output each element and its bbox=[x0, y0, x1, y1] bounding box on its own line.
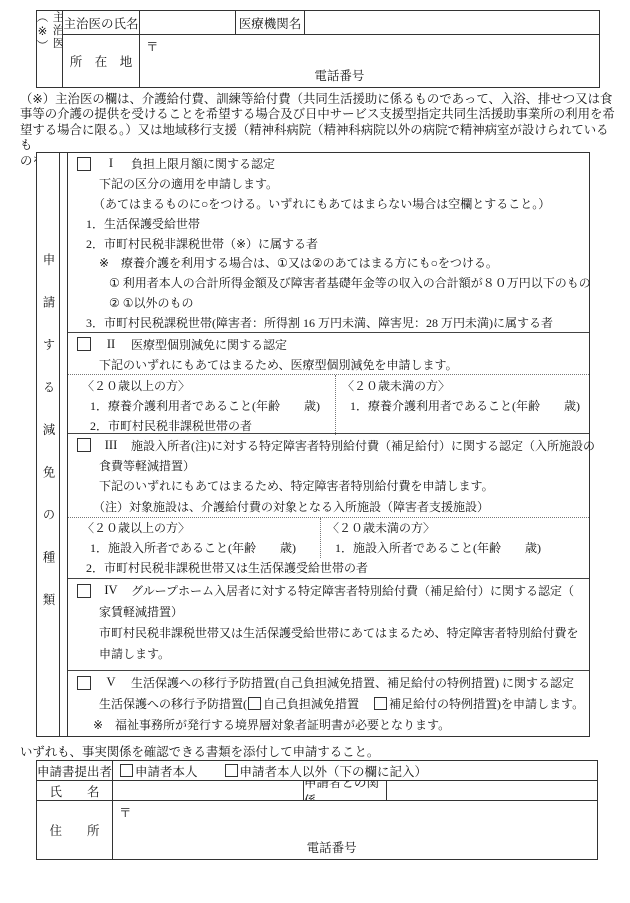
column-heading: 〈２０歳未満の方〉 bbox=[321, 518, 589, 538]
doctor-address-input[interactable]: 〒 電話番号 bbox=[140, 34, 599, 87]
form-line: 下記のいずれにもあてはまるため、医療型個別減免を申請します。 bbox=[68, 354, 589, 374]
doctor-name-input[interactable] bbox=[140, 11, 236, 34]
attachment-note: いずれも、事実関係を確認できる書類を添付して申請すること。 bbox=[20, 742, 379, 760]
section-4-numeral: IV bbox=[91, 583, 131, 598]
section-2: II 医療型個別減免に関する認定 下記のいずれにもあてはまるため、医療型個別減免… bbox=[68, 332, 589, 433]
postal-mark: 〒 bbox=[146, 37, 159, 55]
section-2-title: 医療型個別減免に関する認定 bbox=[131, 336, 287, 353]
age-under-20-column: 〈２０歳未満の方〉 1．療養介護利用者であること(年齢 歳) bbox=[336, 375, 589, 435]
form-line: 家賃軽減措置） bbox=[68, 601, 589, 622]
doctor-vertical-label: 主治医（※） bbox=[37, 11, 63, 87]
doctor-name-label: 主治医の氏名 bbox=[63, 11, 140, 34]
form-line: （注）対象施設は、介護給付費の対象となる入所施設（障害者支援施設） bbox=[68, 496, 589, 516]
form-text: )を申請します。 bbox=[497, 695, 584, 712]
form-text: 生活保護への移行予防措置( bbox=[99, 695, 247, 712]
self-burden-reduction-checkbox[interactable] bbox=[248, 697, 261, 710]
form-line: 1．療養介護利用者であること(年齢 歳) bbox=[68, 395, 335, 415]
form-line: 1．生活保護受給世帯 bbox=[68, 213, 589, 233]
submitter-options: 申請者本人 申請者本人以外（下の欄に記入） bbox=[113, 761, 597, 780]
section-4-title: グループホーム入居者に対する特定障害者特別給付費（補足給付）に関する認定（ bbox=[131, 582, 574, 599]
form-line: 申請します。 bbox=[68, 643, 589, 664]
section-4-checkbox[interactable] bbox=[77, 584, 91, 598]
form-line: 生活保護への移行予防措置(自己負担減免措置補足給付の特例措置)を申請します。 bbox=[68, 693, 589, 714]
section-1: I 負担上限月額に関する認定 下記の区分の適用を申請します。 （あてはまるものに… bbox=[68, 153, 589, 332]
form-line: 下記のいずれにもあてはまるため、特定障害者特別給付費を申請します。 bbox=[68, 476, 589, 496]
form-line: 1．施設入所者であること(年齢 歳) bbox=[321, 538, 589, 558]
section-3-checkbox[interactable] bbox=[77, 438, 91, 452]
medical-facility-label: 医療機関名 bbox=[236, 11, 305, 34]
doctor-address-label: 所 在 地 bbox=[63, 34, 140, 87]
form-text: 補足給付の特例措置 bbox=[389, 695, 497, 712]
applicant-address-input[interactable]: 〒 電話番号 bbox=[113, 800, 597, 859]
section-5: V 生活保護への移行予防措置(自己負担減免措置、補足給付の特例措置) に関する認… bbox=[68, 670, 589, 736]
medical-facility-input[interactable] bbox=[305, 11, 599, 34]
section-2-checkbox[interactable] bbox=[77, 337, 91, 351]
form-line: 3．市町村民税課税世帯(障害者：所得割 16 万円未満、障害児：28 万円未満)… bbox=[68, 312, 589, 332]
section-5-checkbox[interactable] bbox=[77, 676, 91, 690]
applicant-name-input[interactable] bbox=[113, 780, 304, 800]
reduction-type-table: 申請する減免の種類 I 負担上限月額に関する認定 下記の区分の適用を申請します。… bbox=[36, 152, 590, 737]
form-text: 自己負担減免措置 bbox=[263, 695, 359, 712]
age-over-20-column: 〈２０歳以上の方〉 1．療養介護利用者であること(年齢 歳) 2．市町村民税非課… bbox=[68, 375, 336, 435]
age-under-20-column: 〈２０歳未満の方〉 1．施設入所者であること(年齢 歳) bbox=[321, 518, 589, 558]
form-line: ② ①以外のもの bbox=[68, 293, 589, 313]
attending-doctor-table: 主治医（※） 主治医の氏名 医療機関名 所 在 地 〒 電話番号 bbox=[36, 10, 600, 88]
column-heading: 〈２０歳以上の方〉 bbox=[68, 375, 335, 395]
section-1-numeral: I bbox=[91, 156, 131, 171]
asterisk-note-line: （※）主治医の欄は、介護給付費、訓練等給付費（共同生活援助に係るものであって、入… bbox=[20, 92, 618, 107]
postal-mark: 〒 bbox=[119, 803, 132, 821]
column-heading: 〈２０歳以上の方〉 bbox=[68, 518, 320, 538]
form-line: 1．療養介護利用者であること(年齢 歳) bbox=[336, 395, 589, 415]
form-line: 2．市町村民税非課税世帯又は生活保護受給世帯の者 bbox=[68, 558, 589, 578]
relation-label: 申請者との関係 bbox=[304, 780, 387, 800]
applicant-other-label: 申請者本人以外（下の欄に記入） bbox=[240, 762, 428, 780]
applicant-table: 申請書提出者 申請者本人 申請者本人以外（下の欄に記入） 氏 名 申請者との関係… bbox=[36, 760, 598, 860]
relation-input[interactable] bbox=[387, 780, 597, 800]
column-heading: 〈２０歳未満の方〉 bbox=[336, 375, 589, 395]
section-5-title: 生活保護への移行予防措置(自己負担減免措置、補足給付の特例措置) に関する認定 bbox=[131, 674, 574, 691]
doctor-vertical-label-text: 主治医 bbox=[52, 11, 64, 50]
applicant-other-checkbox[interactable] bbox=[225, 764, 238, 777]
form-line: 2．市町村民税非課税世帯（※）に属する者 bbox=[68, 233, 589, 253]
applicant-self-checkbox[interactable] bbox=[120, 764, 133, 777]
section-3-title: 施設入所者(注)に対する特定障害者特別給付費（補足給付）に関する認定（入所施設の bbox=[131, 437, 595, 454]
asterisk-note-line: 望する場合に限る。）又は地域移行支援（精神科病院（精神科病院以外の病院で精神病室… bbox=[20, 123, 618, 154]
doctor-vertical-label-note: （※） bbox=[37, 11, 48, 53]
section-1-checkbox[interactable] bbox=[77, 157, 91, 171]
section-1-title: 負担上限月額に関する認定 bbox=[131, 155, 275, 172]
applicant-phone-label: 電話番号 bbox=[307, 838, 357, 856]
form-line: 2．市町村民税非課税世帯の者 bbox=[68, 415, 335, 435]
section-4: IV グループホーム入居者に対する特定障害者特別給付費（補足給付）に関する認定（… bbox=[68, 578, 589, 670]
form-line: ※ 療養介護を利用する場合は、①又は②のあてはまる方にも○をつける。 bbox=[68, 253, 589, 273]
supplementary-benefit-checkbox[interactable] bbox=[374, 697, 387, 710]
age-over-20-column: 〈２０歳以上の方〉 1．施設入所者であること(年齢 歳) bbox=[68, 518, 321, 558]
section-2-numeral: II bbox=[91, 337, 131, 352]
form-line: 下記の区分の適用を申請します。 bbox=[68, 174, 589, 194]
form-line: 食費等軽減措置） bbox=[68, 455, 589, 475]
application-form-page: 主治医（※） 主治医の氏名 医療機関名 所 在 地 〒 電話番号 （※）主治医の… bbox=[0, 0, 630, 903]
applicant-self-label: 申請者本人 bbox=[135, 762, 198, 780]
form-line: 市町村民税非課税世帯又は生活保護受給世帯にあてはまるため、特定障害者特別給付費を bbox=[68, 622, 589, 643]
spacer-column bbox=[60, 153, 68, 736]
reduction-type-vertical-label: 申請する減免の種類 bbox=[37, 153, 60, 736]
submitter-label: 申請書提出者 bbox=[37, 761, 113, 780]
section-3: III 施設入所者(注)に対する特定障害者特別給付費（補足給付）に関する認定（入… bbox=[68, 433, 589, 578]
doctor-phone-label: 電話番号 bbox=[314, 66, 364, 84]
section-5-numeral: V bbox=[91, 675, 131, 690]
form-line: 1．施設入所者であること(年齢 歳) bbox=[68, 538, 320, 558]
applicant-address-label: 住 所 bbox=[37, 800, 113, 859]
form-line: （あてはまるものに○をつける。いずれにもあてはまらない場合は空欄とすること。） bbox=[68, 194, 589, 214]
form-line: ① 利用者本人の合計所得金額及び障害者基礎年金等の収入の合計額が８０万円以下のも… bbox=[68, 273, 589, 293]
section-3-numeral: III bbox=[91, 438, 131, 453]
asterisk-note-line: 事等の介護の提供を受けることを希望する場合及び日中サービス支援型指定共同生活援助… bbox=[20, 107, 618, 122]
form-line: ※ 福祉事務所が発行する境界層対象者証明書が必要となります。 bbox=[68, 714, 589, 735]
applicant-name-label: 氏 名 bbox=[37, 780, 113, 800]
